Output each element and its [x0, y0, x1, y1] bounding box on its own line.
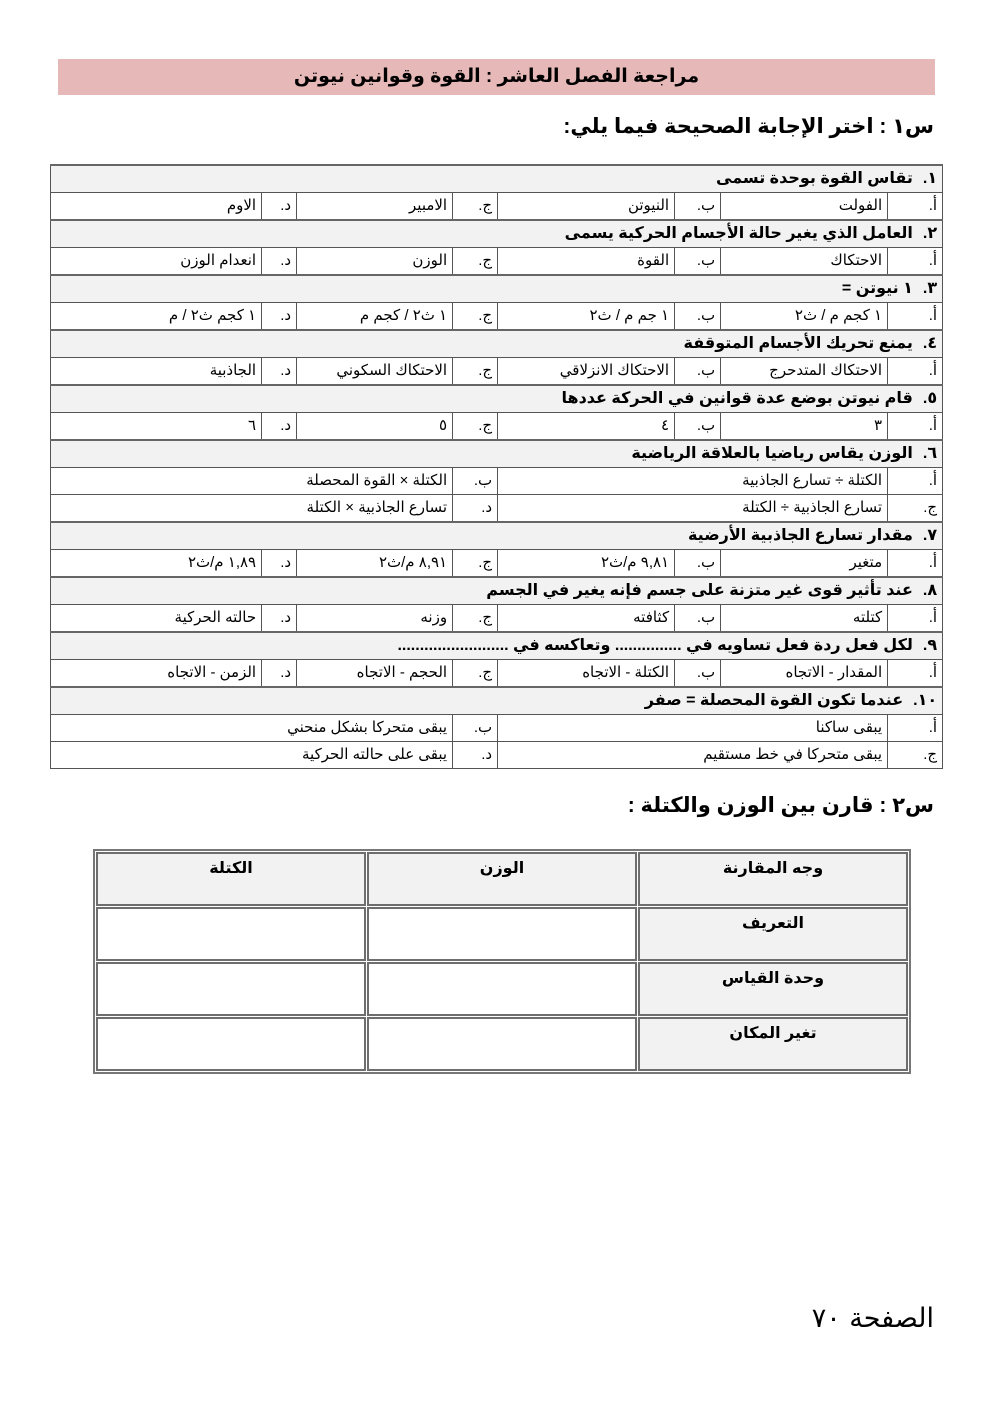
options-row: أ.المقدار - الاتجاهب.الكتلة - الاتجاهج.ا…	[51, 660, 943, 688]
comparison-aspect: التعريف	[638, 907, 908, 961]
option-letter-a: أ.	[888, 468, 943, 495]
question-text-cell: ٤.يمنع تحريك الأجسام المتوقفة	[51, 330, 943, 358]
option-b[interactable]: الكتلة × القوة المحصلة	[51, 468, 453, 495]
option-letter-d: د.	[262, 550, 297, 578]
option-c[interactable]: الامبير	[297, 193, 453, 221]
option-a[interactable]: ٣	[721, 413, 888, 441]
option-letter-c: ج.	[888, 495, 943, 523]
option-d[interactable]: يبقى على حالته الحركية	[51, 742, 453, 769]
mass-answer-cell[interactable]	[96, 907, 366, 961]
option-letter-a: أ.	[888, 605, 943, 633]
question-number: ١٠.	[913, 688, 937, 714]
option-letter-b: ب.	[675, 550, 721, 578]
option-c[interactable]: ١ ث٢ / كجم م	[297, 303, 453, 331]
options-row: أ.كتلتهب.كثافتهج.وزنهد.حالته الحركية	[51, 605, 943, 633]
question-text: العامل الذي يغير حالة الأجسام الحركية يس…	[565, 225, 913, 242]
question-row: ١.تقاس القوة بوحدة تسمى	[51, 165, 943, 193]
question-row: ٨.عند تأثير قوى غير متزنة على جسم فإنه ي…	[51, 577, 943, 605]
option-c[interactable]: الاحتكاك السكوني	[297, 358, 453, 386]
question-text-cell: ٨.عند تأثير قوى غير متزنة على جسم فإنه ي…	[51, 577, 943, 605]
option-letter-b: ب.	[675, 358, 721, 386]
weight-answer-cell[interactable]	[367, 1017, 637, 1071]
question-text: قام نيوتن بوضع عدة قوانين في الحركة عدده…	[561, 390, 912, 407]
options-row: ج.تسارع الجاذبية ÷ الكتلةد.تسارع الجاذبي…	[51, 495, 943, 523]
option-a[interactable]: ١ كجم م / ث٢	[721, 303, 888, 331]
page-number: الصفحة ٧٠	[812, 1303, 934, 1334]
options-row: أ.الاحتكاكب.القوةج.الوزند.انعدام الوزن	[51, 248, 943, 276]
option-d[interactable]: ١ كجم ث٢ / م	[51, 303, 262, 331]
options-row: أ.الكتلة ÷ تسارع الجاذبيةب.الكتلة × القو…	[51, 468, 943, 495]
question-text: يمنع تحريك الأجسام المتوقفة	[684, 335, 913, 352]
comparison-table: وجه المقارنة الوزن الكتلة التعريفوحدة ال…	[93, 849, 911, 1074]
option-letter-a: أ.	[888, 358, 943, 386]
page-title-banner: مراجعة الفصل العاشر : القوة وقوانين نيوت…	[58, 59, 935, 95]
question-text-cell: ١.تقاس القوة بوحدة تسمى	[51, 165, 943, 193]
option-c[interactable]: ٥	[297, 413, 453, 441]
option-b[interactable]: كثافته	[498, 605, 675, 633]
question-row: ٣.١ نيوتن =	[51, 275, 943, 303]
option-letter-a: أ.	[888, 193, 943, 221]
question-number: ٥.	[923, 386, 937, 412]
option-letter-d: د.	[262, 193, 297, 221]
question-text: ١ نيوتن =	[842, 280, 913, 297]
option-c[interactable]: الوزن	[297, 248, 453, 276]
question-text: لكل فعل ردة فعل تساويه في ..............…	[397, 637, 912, 654]
question-row: ٥.قام نيوتن بوضع عدة قوانين في الحركة عد…	[51, 385, 943, 413]
option-a[interactable]: الاحتكاك	[721, 248, 888, 276]
weight-answer-cell[interactable]	[367, 962, 637, 1016]
option-letter-a: أ.	[888, 660, 943, 688]
option-b[interactable]: الاحتكاك الانزلاقي	[498, 358, 675, 386]
option-a[interactable]: متغير	[721, 550, 888, 578]
options-row: أ.متغيرب.٩,٨١ م/ث٢ج.٨,٩١ م/ث٢د.١,٨٩ م/ث٢	[51, 550, 943, 578]
option-d[interactable]: ١,٨٩ م/ث٢	[51, 550, 262, 578]
question-number: ١.	[923, 166, 937, 192]
header-aspect: وجه المقارنة	[638, 852, 908, 906]
option-b[interactable]: ٩,٨١ م/ث٢	[498, 550, 675, 578]
question-number: ٧.	[923, 523, 937, 549]
question-1-heading: س١ : اختر الإجابة الصحيحة فيما يلي:	[563, 114, 934, 139]
option-letter-b: ب.	[675, 303, 721, 331]
question-text-cell: ٩.لكل فعل ردة فعل تساويه في ............…	[51, 632, 943, 660]
option-letter-b: ب.	[453, 468, 498, 495]
comparison-row: التعريف	[96, 907, 908, 961]
option-letter-b: ب.	[675, 248, 721, 276]
mass-answer-cell[interactable]	[96, 1017, 366, 1071]
option-a[interactable]: الفولت	[721, 193, 888, 221]
question-text-cell: ٧.مقدار تسارع الجاذبية الأرضية	[51, 522, 943, 550]
question-text: تقاس القوة بوحدة تسمى	[716, 170, 913, 187]
option-letter-d: د.	[262, 660, 297, 688]
comparison-row: تغير المكان	[96, 1017, 908, 1071]
options-row: أ.الاحتكاك المتدحرجب.الاحتكاك الانزلاقيج…	[51, 358, 943, 386]
options-row: أ.١ كجم م / ث٢ب.١ جم م / ث٢ج.١ ث٢ / كجم …	[51, 303, 943, 331]
comparison-aspect: وحدة القياس	[638, 962, 908, 1016]
option-d[interactable]: الجاذبية	[51, 358, 262, 386]
question-text-cell: ٥.قام نيوتن بوضع عدة قوانين في الحركة عد…	[51, 385, 943, 413]
option-letter-a: أ.	[888, 248, 943, 276]
question-text-cell: ١٠.عندما تكون القوة المحصلة = صفر	[51, 687, 943, 715]
option-letter-d: د.	[262, 413, 297, 441]
option-letter-b: ب.	[675, 413, 721, 441]
option-letter-c: ج.	[453, 193, 498, 221]
question-number: ٨.	[923, 578, 937, 604]
option-letter-d: د.	[262, 358, 297, 386]
option-d[interactable]: ٦	[51, 413, 262, 441]
options-row: أ.يبقى ساكناب.يبقى متحركا بشكل منحني	[51, 715, 943, 742]
option-a[interactable]: يبقى ساكنا	[498, 715, 888, 742]
question-text: عندما تكون القوة المحصلة = صفر	[645, 692, 903, 709]
option-d[interactable]: انعدام الوزن	[51, 248, 262, 276]
option-b[interactable]: الكتلة - الاتجاه	[498, 660, 675, 688]
option-b[interactable]: ٤	[498, 413, 675, 441]
question-row: ٤.يمنع تحريك الأجسام المتوقفة	[51, 330, 943, 358]
comparison-header-row: وجه المقارنة الوزن الكتلة	[96, 852, 908, 906]
question-row: ١٠.عندما تكون القوة المحصلة = صفر	[51, 687, 943, 715]
question-text-cell: ٦.الوزن يقاس رياضيا بالعلاقة الرياضية	[51, 440, 943, 468]
option-letter-c: ج.	[453, 605, 498, 633]
option-letter-c: ج.	[453, 660, 498, 688]
option-a[interactable]: المقدار - الاتجاه	[721, 660, 888, 688]
option-a[interactable]: الكتلة ÷ تسارع الجاذبية	[498, 468, 888, 495]
option-letter-a: أ.	[888, 303, 943, 331]
option-b[interactable]: النيوتن	[498, 193, 675, 221]
option-letter-c: ج.	[453, 550, 498, 578]
option-c[interactable]: ٨,٩١ م/ث٢	[297, 550, 453, 578]
options-row: أ.الفولتب.النيوتنج.الامبيرد.الاوم	[51, 193, 943, 221]
option-letter-a: أ.	[888, 550, 943, 578]
option-letter-b: ب.	[675, 193, 721, 221]
question-number: ٣.	[923, 276, 937, 302]
option-b[interactable]: القوة	[498, 248, 675, 276]
option-letter-c: ج.	[888, 742, 943, 769]
option-letter-c: ج.	[453, 358, 498, 386]
option-d[interactable]: الاوم	[51, 193, 262, 221]
option-letter-a: أ.	[888, 715, 943, 742]
options-row: أ.٣ب.٤ج.٥د.٦	[51, 413, 943, 441]
option-letter-a: أ.	[888, 413, 943, 441]
option-d[interactable]: تسارع الجاذبية × الكتلة	[51, 495, 453, 523]
option-c[interactable]: وزنه	[297, 605, 453, 633]
question-text-cell: ٢.العامل الذي يغير حالة الأجسام الحركية …	[51, 220, 943, 248]
header-weight: الوزن	[367, 852, 637, 906]
option-d[interactable]: الزمن - الاتجاه	[51, 660, 262, 688]
header-mass: الكتلة	[96, 852, 366, 906]
option-letter-b: ب.	[675, 660, 721, 688]
option-a[interactable]: الاحتكاك المتدحرج	[721, 358, 888, 386]
question-row: ٩.لكل فعل ردة فعل تساويه في ............…	[51, 632, 943, 660]
option-letter-c: ج.	[453, 413, 498, 441]
option-letter-d: د.	[262, 303, 297, 331]
question-2-heading: س٢ : قارن بين الوزن والكتلة :	[628, 793, 934, 818]
question-number: ٢.	[923, 221, 937, 247]
page-title: مراجعة الفصل العاشر : القوة وقوانين نيوت…	[294, 66, 699, 87]
option-letter-d: د.	[262, 605, 297, 633]
option-d[interactable]: حالته الحركية	[51, 605, 262, 633]
question-text: الوزن يقاس رياضيا بالعلاقة الرياضية	[631, 445, 913, 462]
option-letter-d: د.	[453, 742, 498, 769]
option-letter-b: ب.	[675, 605, 721, 633]
option-letter-c: ج.	[453, 303, 498, 331]
option-letter-d: د.	[262, 248, 297, 276]
question-text-cell: ٣.١ نيوتن =	[51, 275, 943, 303]
option-b[interactable]: يبقى متحركا بشكل منحني	[51, 715, 453, 742]
option-a[interactable]: كتلته	[721, 605, 888, 633]
question-number: ٤.	[923, 331, 937, 357]
question-text: مقدار تسارع الجاذبية الأرضية	[688, 527, 913, 544]
option-c[interactable]: تسارع الجاذبية ÷ الكتلة	[498, 495, 888, 523]
question-number: ٩.	[923, 633, 937, 659]
option-letter-b: ب.	[453, 715, 498, 742]
option-c[interactable]: يبقى متحركا في خط مستقيم	[498, 742, 888, 769]
option-c[interactable]: الحجم - الاتجاه	[297, 660, 453, 688]
comparison-aspect: تغير المكان	[638, 1017, 908, 1071]
options-row: ج.يبقى متحركا في خط مستقيمد.يبقى على حال…	[51, 742, 943, 769]
option-b[interactable]: ١ جم م / ث٢	[498, 303, 675, 331]
option-letter-c: ج.	[453, 248, 498, 276]
question-row: ٢.العامل الذي يغير حالة الأجسام الحركية …	[51, 220, 943, 248]
mass-answer-cell[interactable]	[96, 962, 366, 1016]
question-row: ٧.مقدار تسارع الجاذبية الأرضية	[51, 522, 943, 550]
option-letter-d: د.	[453, 495, 498, 523]
comparison-row: وحدة القياس	[96, 962, 908, 1016]
multiple-choice-table: ١.تقاس القوة بوحدة تسمىأ.الفولتب.النيوتن…	[50, 164, 943, 769]
question-text: عند تأثير قوى غير متزنة على جسم فإنه يغي…	[486, 582, 913, 599]
question-number: ٦.	[923, 441, 937, 467]
question-row: ٦.الوزن يقاس رياضيا بالعلاقة الرياضية	[51, 440, 943, 468]
weight-answer-cell[interactable]	[367, 907, 637, 961]
